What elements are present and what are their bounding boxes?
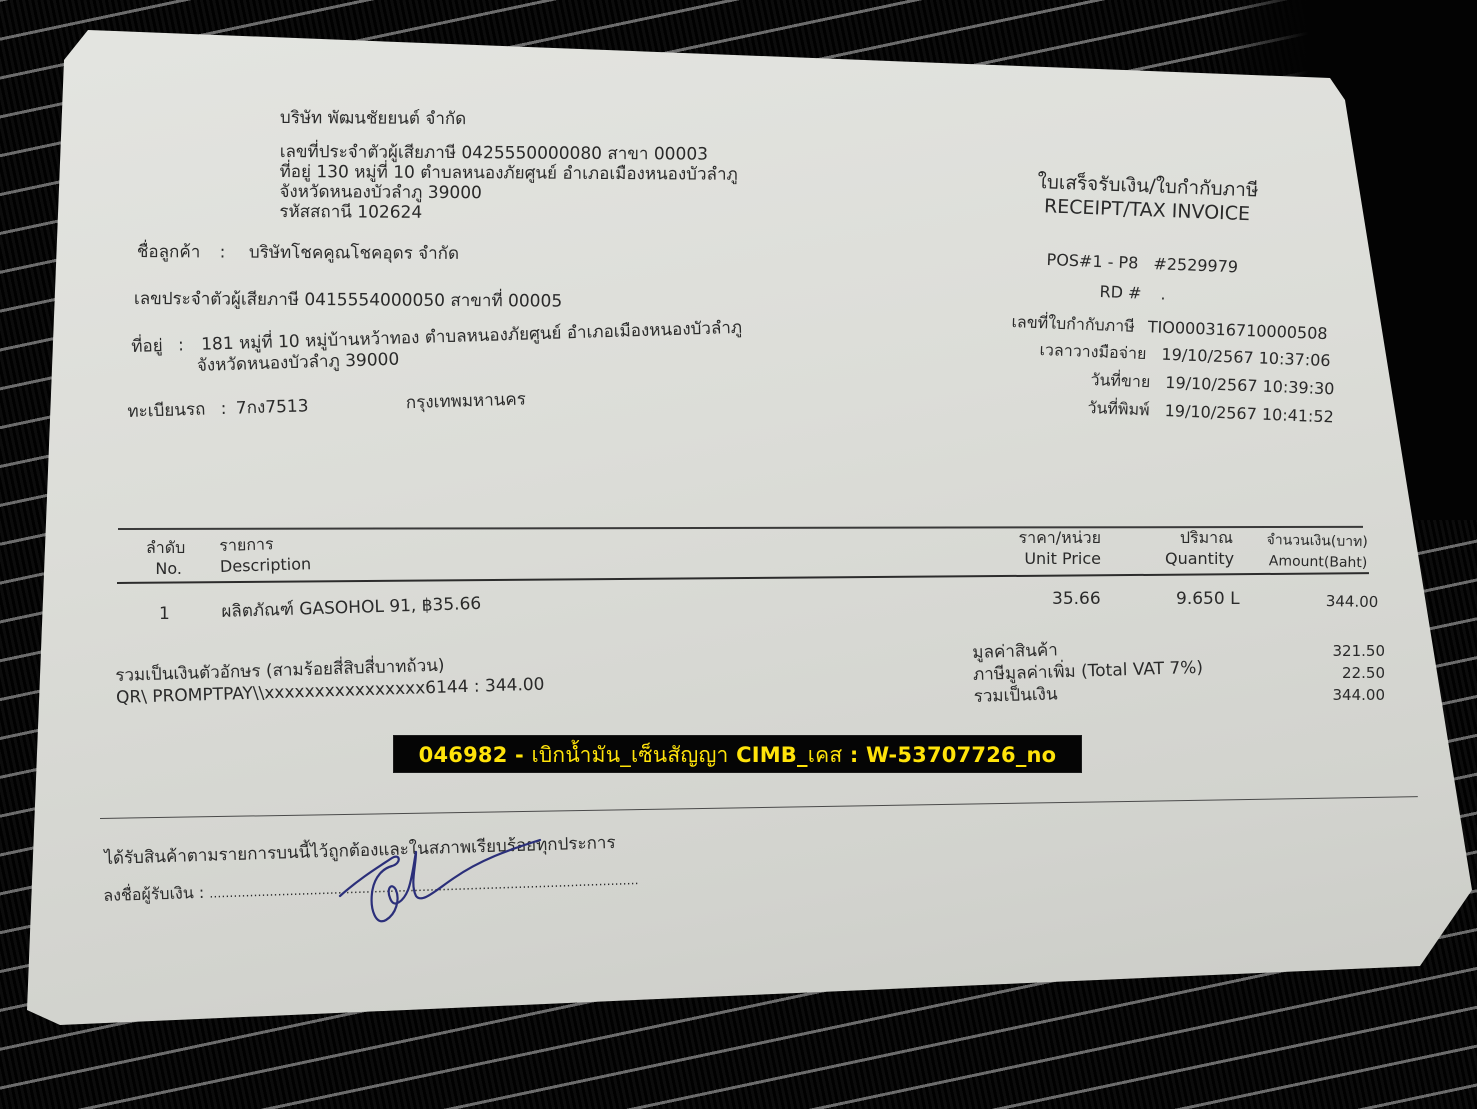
- plate-province: กรุงเทพมหานคร: [406, 389, 527, 413]
- pos-number: #2529979: [1153, 254, 1238, 276]
- customer-tax-id: เลขประจำตัวผู้เสียภาษี 0415554000050 สาข…: [134, 285, 562, 315]
- vat-value: 22.50: [1330, 662, 1385, 684]
- customer-name-label: ชื่อลูกค้า: [137, 242, 201, 262]
- header-unit-price-english: Unit Price: [1008, 548, 1101, 569]
- tax-invoice-label: เลขที่ใบกำกับภาษี: [1011, 312, 1135, 336]
- print-date-line: วันที่พิมพ์ 19/10/2567 10:41:52: [1087, 396, 1334, 430]
- banner-code: 046982 -: [419, 743, 524, 767]
- pos-line: POS#1 - P8 #2529979: [1046, 250, 1238, 276]
- tax-invoice-number: TIO000316710000508: [1148, 317, 1328, 343]
- seller-address-line1: ที่อยู่ 130 หมู่ที่ 10 ตำบลหนองภัยศูนย์ …: [280, 162, 738, 185]
- document-title: ใบเสร็จรับเงิน/ใบกำกับภาษี RECEIPT/TAX I…: [1036, 170, 1259, 226]
- customer-address: ที่อยู่ : 181 หมู่ที่ 10 หมู่บ้านหว้าทอง…: [131, 318, 743, 379]
- amount-summary-left: รวมเป็นเงินตัวอักษร (สามร้อยสี่สิบสี่บาท…: [115, 652, 545, 709]
- print-date-label: วันที่พิมพ์: [1087, 398, 1150, 419]
- rd-line: RD # .: [1099, 282, 1166, 304]
- header-description-thai: รายการ: [219, 532, 311, 556]
- header-description: รายการ Description: [219, 532, 311, 577]
- pos-label: POS#1 - P8: [1046, 250, 1138, 273]
- customer-name: บริษัทโชคคูณโชคอุดร จำกัด: [249, 243, 459, 264]
- seller-address-line2: จังหวัดหนองบัวลำภู 39000: [279, 182, 737, 205]
- signature-label: ลงชื่อผู้รับเงิน :: [103, 883, 204, 905]
- receipt-content: บริษัท พัฒนชัยยนต์ จำกัด เลขที่ประจำตัวผ…: [0, 0, 1477, 1109]
- totals-values: 321.50 22.50 344.00: [1330, 640, 1385, 706]
- header-amount: จำนวนเงิน(บาท) Amount(Baht): [1259, 530, 1368, 574]
- subtotal-value: 321.50: [1330, 640, 1385, 662]
- row-quantity: 9.650 L: [1176, 589, 1240, 609]
- sale-date-label: วันที่ขาย: [1090, 370, 1150, 391]
- print-date-value: 19/10/2567 10:41:52: [1164, 401, 1334, 426]
- row-no: 1: [159, 604, 170, 624]
- banner-thai-case: เคส: [808, 743, 843, 767]
- header-quantity: ปริมาณ Quantity: [1165, 527, 1233, 569]
- row-amount: 344.00: [1326, 592, 1379, 611]
- nozzle-time-label: เวลาวางมือจ่าย: [1039, 340, 1147, 363]
- customer-address-label: ที่อยู่: [131, 336, 163, 357]
- header-description-english: Description: [220, 553, 312, 577]
- case-annotation-banner: 046982 - เบิกน้ำมัน_เซ็นสัญญา CIMB_เคส :…: [393, 735, 1082, 773]
- totals-labels: มูลค่าสินค้า ภาษีมูลค่าเพิ่ม (Total VAT …: [972, 635, 1204, 708]
- header-unit-price: ราคา/หน่วย Unit Price: [1008, 527, 1101, 569]
- banner-thai-fuel-contract: เบิกน้ำมัน_เซ็นสัญญา: [532, 743, 729, 767]
- separator: :: [220, 399, 226, 419]
- total-value: 344.00: [1330, 684, 1385, 706]
- header-quantity-english: Quantity: [1165, 548, 1233, 569]
- plate-number: 7กง7513: [236, 396, 309, 418]
- seller-tax-id: เลขที่ประจำตัวผู้เสียภาษี 0425550000080 …: [280, 142, 738, 165]
- sale-date-value: 19/10/2567 10:39:30: [1165, 373, 1335, 398]
- banner-bank: CIMB_: [736, 743, 808, 767]
- vehicle-plate-line: ทะเบียนรถ : 7กง7513 กรุงเทพมหานคร: [127, 385, 526, 425]
- seller-name: บริษัท พัฒนชัยยนต์ จำกัด: [280, 108, 738, 131]
- customer-name-line: ชื่อลูกค้า : บริษัทโชคคูณโชคอุดร จำกัด: [137, 238, 459, 267]
- banner-case-number: : W-53707726_no: [850, 743, 1056, 767]
- header-amount-english: Amount(Baht): [1259, 551, 1367, 574]
- rd-value: .: [1160, 284, 1166, 303]
- header-quantity-thai: ปริมาณ: [1165, 527, 1233, 548]
- rd-label: RD #: [1099, 282, 1142, 303]
- seller-station-code: รหัสสถานี 102624: [279, 202, 737, 225]
- nozzle-time-value: 19/10/2567 10:37:06: [1161, 345, 1331, 370]
- footer-rule: [100, 796, 1418, 819]
- plate-label: ทะเบียนรถ: [127, 400, 206, 422]
- header-no-thai: ลำดับ: [146, 537, 185, 558]
- header-amount-thai: จำนวนเงิน(บาท): [1260, 530, 1368, 553]
- header-unit-price-thai: ราคา/หน่วย: [1008, 527, 1101, 548]
- header-no: ลำดับ No.: [146, 537, 185, 579]
- separator: :: [220, 243, 226, 263]
- handwritten-signature: [330, 838, 560, 938]
- row-description: ผลิตภัณฑ์ GASOHOL 91, ฿35.66: [221, 590, 482, 625]
- header-no-english: No.: [152, 558, 185, 579]
- separator: :: [178, 335, 184, 355]
- row-unit-price: 35.66: [1052, 589, 1101, 609]
- seller-info: บริษัท พัฒนชัยยนต์ จำกัด เลขที่ประจำตัวผ…: [279, 108, 738, 225]
